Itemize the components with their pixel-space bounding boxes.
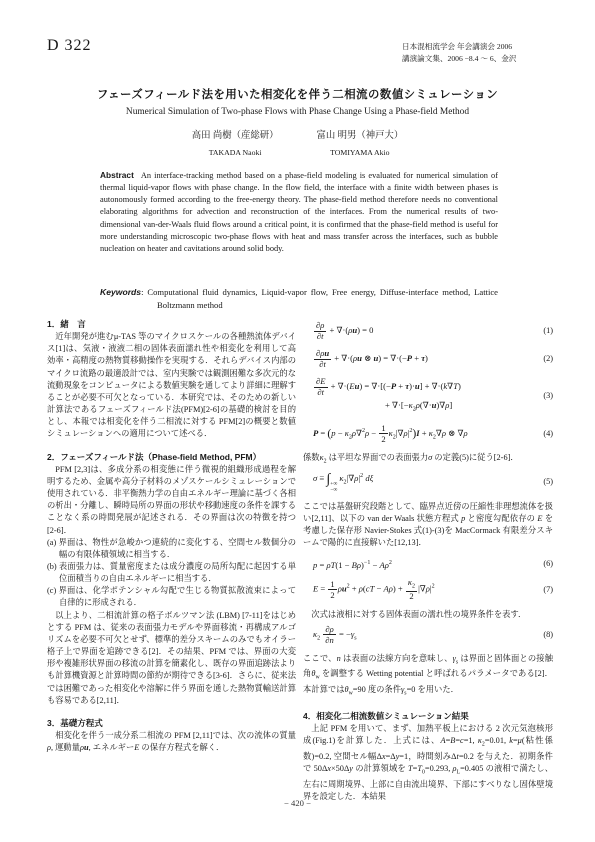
equation-1: ∂ρ∂t + ∇·(ρu) = 0 (1) [313, 321, 553, 341]
equation-4: P = (p − κ2ρ∇2ρ − 12κ2|∇ρ|2)I + κ2∇ρ ⊗ ∇… [313, 424, 553, 444]
author-1-name-ja: 高田 尚樹（産総研） [192, 127, 279, 141]
equation-4-number: (4) [529, 428, 553, 440]
equation-4-body: P = (p − κ2ρ∇2ρ − 12κ2|∇ρ|2)I + κ2∇ρ ⊗ ∇… [313, 424, 529, 444]
paper-page: D 322 日本混相流学会 年会講演会 2006 講演論文集、2006 −8.4… [0, 0, 595, 842]
left-column: 1．緒 言 近年開発が進むμ-TAS 等のマイクロスケールの各種熱流体デバイス[… [47, 318, 296, 754]
equation-3-number: (3) [529, 390, 553, 402]
keywords-text: Computational fluid dynamics, Liquid-vap… [147, 287, 498, 310]
equation-2: ∂ρu∂t + ∇·(ρu ⊗ u) = ∇·(−P + τ) (2) [313, 349, 553, 369]
equation-8-body: κ2 ∂ρ∂n = −γs [313, 625, 529, 645]
equation-7: E = 12ρu2 + ρ(cT − Aρ) + κ22|∇ρ|2 (7) [313, 578, 553, 601]
section-2-paragraph-1: PFM [2,3]は、多成分系の相変態に伴う微視的組織形成過程を解明するため、金… [47, 464, 296, 537]
equation-2-number: (2) [529, 353, 553, 365]
equation-1-number: (1) [529, 325, 553, 337]
author-1: 高田 尚樹（産総研） TAKADA Naoki [192, 127, 279, 157]
equation-5-body: σ ≡ ∫+∞−∞κ2|∇ρ|2 dξ [313, 471, 529, 493]
equation-3: ∂E∂t + ∇·(Eu) = ∇·[(−P + τ)·u] + ∇·(k∇T)… [313, 377, 553, 416]
section-1-heading: 1．緒 言 [47, 318, 296, 330]
paper-title-japanese: フェーズフィールド法を用いた相変化を伴う二相流の数値シミュレーション [0, 86, 595, 102]
section-3-heading: 3．基礎方程式 [47, 717, 296, 729]
abstract-text: An interface-tracking method based on a … [100, 171, 498, 253]
author-2: 富山 明男（神戸大） TOMIYAMA Akio [317, 127, 404, 157]
section-4-heading: 4．相変化二相流数値シミュレーション結果 [303, 710, 553, 722]
equation-6-body: p = ρT(1 − Bρ)−1 − Aρ2 [313, 558, 529, 571]
author-1-name-en: TAKADA Naoki [192, 148, 279, 157]
paper-id: D 322 [47, 37, 92, 55]
section-1-paragraph: 近年開発が進むμ-TAS 等のマイクロスケールの各種熱流体デバイス[1]は、気液… [47, 331, 296, 440]
wetting-intro-text: 次式は液相に対する固体表面の濡れ性の境界条件を表す． [303, 609, 553, 621]
section-2-paragraph-2: 以上より、二相流計算の格子ボルツマン法 (LBM) [7-11]をはじめとする … [47, 610, 296, 707]
equation-5-number: (5) [529, 476, 553, 488]
author-2-name-en: TOMIYAMA Akio [317, 148, 404, 157]
feature-item-b: (b) 表面張力は、質量密度または成分濃度の局所勾配に起因する単位面積当りの自由… [47, 561, 296, 585]
vdw-method-text: ここでは基盤研究段階として、臨界点近傍の圧縮性非理想流体を扱い[2,11]、以下… [303, 501, 553, 550]
keywords: Keywords: Computational fluid dynamics, … [100, 286, 498, 311]
kappa-definition-text: 係数κ2 は平坦な界面での表面張力σ の定義(5)に従う[2-6]． [303, 452, 553, 468]
equation-6: p = ρT(1 − Bρ)−1 − Aρ2 (6) [313, 558, 553, 571]
abstract-label: Abstract [100, 170, 134, 180]
equation-7-number: (7) [529, 584, 553, 596]
section-2-heading: 2．フェーズフィールド法（Phase-field Method, PFM） [47, 451, 296, 463]
keywords-label: Keywords [100, 287, 141, 297]
author-2-name-ja: 富山 明男（神戸大） [317, 127, 404, 141]
section-3-paragraph: 相変化を伴う一成分系二相流の PFM [2,11]では、次の流体の質量ρ, 運動… [47, 730, 296, 754]
page-number: − 420 − [0, 798, 595, 808]
equation-6-number: (6) [529, 558, 553, 570]
conference-line1: 日本混相流学会 年会講演会 2006 [402, 41, 516, 53]
equation-3-body: ∂E∂t + ∇·(Eu) = ∇·[(−P + τ)·u] + ∇·(k∇T)… [313, 377, 529, 416]
right-column: ∂ρ∂t + ∇·(ρu) = 0 (1) ∂ρu∂t + ∇·(ρu ⊗ u)… [303, 318, 553, 803]
authors-block: 高田 尚樹（産総研） TAKADA Naoki 富山 明男（神戸大） TOMIY… [0, 127, 595, 157]
feature-item-c: (c) 界面は、化学ポテンシャル勾配で生じる物質拡散流束によって自律的に形成され… [47, 585, 296, 609]
conference-line2: 講演論文集、2006 −8.4 〜 6、金沢 [402, 53, 516, 65]
section-4-paragraph: 上記 PFM を用いて、まず、加熱平板上における 2 次元気泡核形成(Fig.1… [303, 723, 553, 803]
equation-1-body: ∂ρ∂t + ∇·(ρu) = 0 [313, 321, 529, 341]
conference-info: 日本混相流学会 年会講演会 2006 講演論文集、2006 −8.4 〜 6、金… [402, 41, 516, 64]
equation-3-line-2: + ∇·[−κ2ρ(∇·u)∇ρ] [313, 400, 529, 416]
equation-5: σ ≡ ∫+∞−∞κ2|∇ρ|2 dξ (5) [313, 471, 553, 493]
equation-7-body: E = 12ρu2 + ρ(cT − Aρ) + κ22|∇ρ|2 [313, 578, 529, 601]
after-equation-8-text: ここで、n は表面の法線方向を意味し、γs は界面と固体面との接触角θw を調整… [303, 653, 553, 700]
feature-item-a: (a) 界面は、物性が急峻かつ連続的に変化する、空間セル数個分の幅の有限体積領域… [47, 537, 296, 561]
abstract: AbstractAn interface-tracking method bas… [100, 169, 498, 255]
equation-8-number: (8) [529, 629, 553, 641]
equation-3-line-1: ∂E∂t + ∇·(Eu) = ∇·[(−P + τ)·u] + ∇·(k∇T) [313, 377, 529, 397]
equation-2-body: ∂ρu∂t + ∇·(ρu ⊗ u) = ∇·(−P + τ) [313, 349, 529, 369]
paper-title-english: Numerical Simulation of Two-phase Flows … [0, 107, 595, 117]
equation-8: κ2 ∂ρ∂n = −γs (8) [313, 625, 553, 645]
